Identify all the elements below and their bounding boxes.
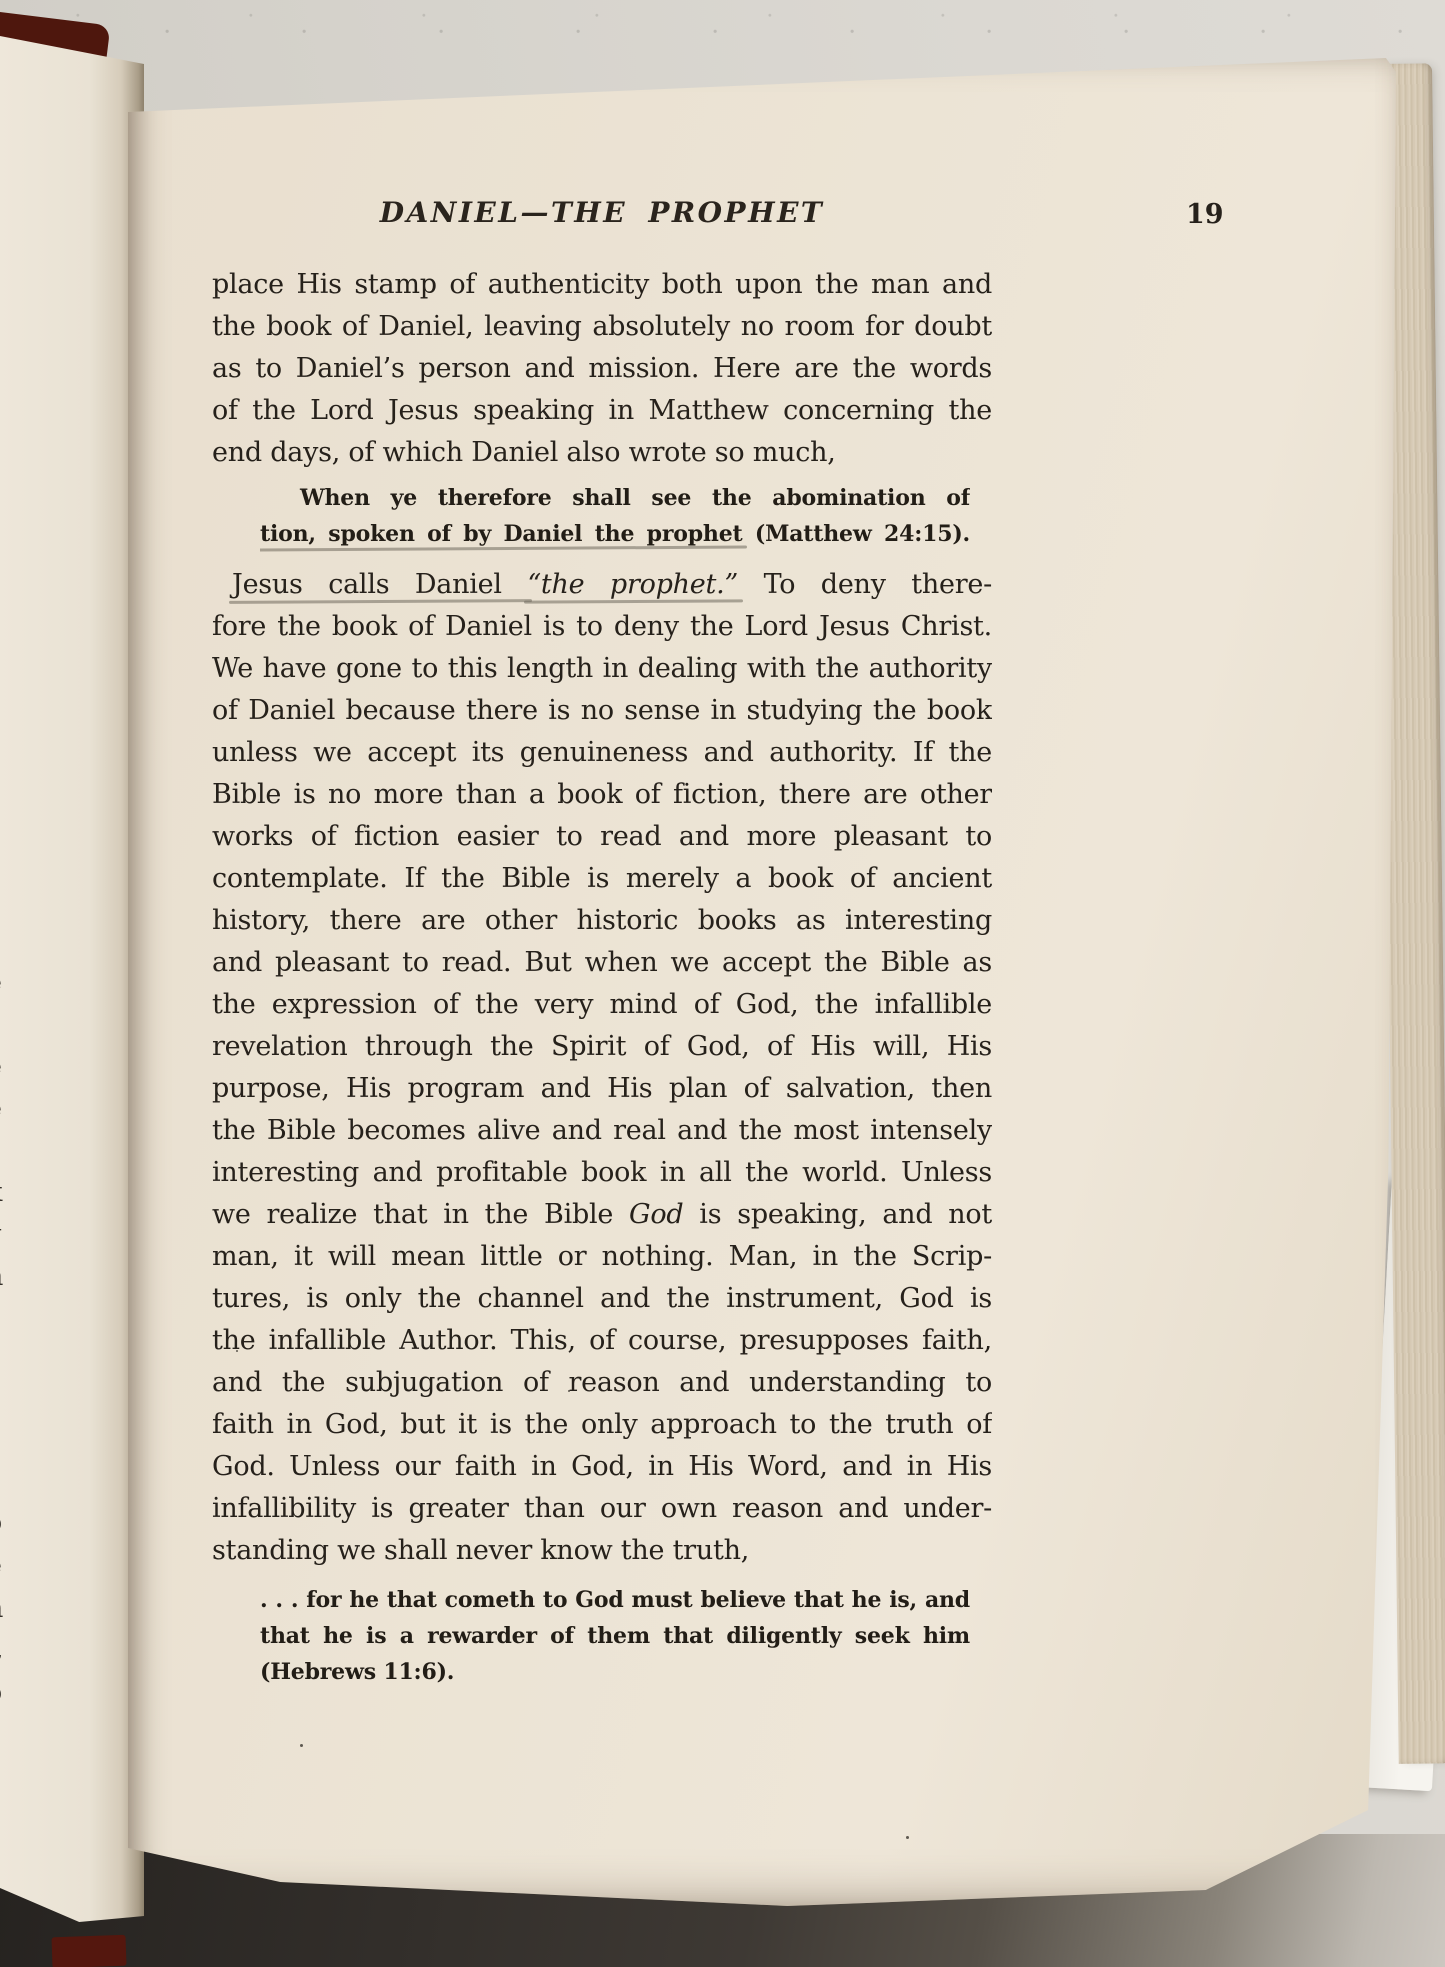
book-cover-corner-bottom [51, 1935, 126, 1967]
text-line: We have gone to this length in dealing w… [212, 648, 992, 690]
text-line: works of fiction easier to read and more… [212, 816, 992, 858]
text-line: Bible is no more than a book of fiction,… [212, 774, 992, 816]
text-line: infallibility is greater than our own re… [212, 1488, 992, 1530]
cut-off-letter: - [0, 925, 26, 965]
text-line: that he is a rewarder of them that dilig… [260, 1618, 970, 1654]
text-line: and the subjugation of reason and unders… [212, 1362, 992, 1404]
dust-speck [236, 1350, 238, 1352]
facing-page-sliver: -eseeskyntoehf,o [0, 34, 144, 1922]
text-line: the expression of the very mind of God, … [212, 984, 992, 1026]
cut-off-letter: k [0, 1177, 26, 1217]
text-line: place His stamp of authenticity both upo… [212, 264, 992, 306]
cut-off-letter: h [0, 1593, 26, 1633]
cut-off-letter: e [0, 1093, 26, 1133]
text-line: contemplate. If the Bible is merely a bo… [212, 858, 992, 900]
book-photo: -eseeskyntoehf,o 19 DANIEL—THE PROPHET p… [0, 0, 1445, 1967]
text-line: interesting and profitable book in all t… [212, 1152, 992, 1194]
text-line: tion, spoken of by Daniel the prophet (M… [260, 516, 970, 552]
text-line: the book of Daniel, leaving absolutely n… [212, 306, 992, 348]
cut-off-letter: e [0, 1550, 26, 1590]
dust-speck [300, 1744, 303, 1747]
cut-off-letter: e [0, 967, 26, 1007]
cut-off-letter: s [0, 1009, 26, 1049]
text-line: fore the book of Daniel is to deny the L… [212, 606, 992, 648]
cut-off-letter: o [0, 1507, 26, 1547]
book-page: 19 DANIEL—THE PROPHET place His stamp of… [128, 58, 1396, 1906]
text-line: revelation through the Spirit of God, of… [212, 1026, 992, 1068]
text-line: unless we accept its genuineness and aut… [212, 732, 992, 774]
cut-off-letter: y [0, 1219, 26, 1259]
blockquote-hebrews: . . . for he that cometh to God must bel… [260, 1582, 970, 1690]
text-line: of Daniel because there is no sense in s… [212, 690, 992, 732]
text-line: Jesus calls Daniel “the prophet.” To den… [212, 564, 992, 606]
text-line: the infallible Author. This, of course, … [212, 1320, 992, 1362]
running-head: DANIEL—THE PROPHET [212, 192, 992, 234]
paragraph-1: place His stamp of authenticity both upo… [212, 264, 992, 474]
text-line: the Bible becomes alive and real and the… [212, 1110, 992, 1152]
text-line: faith in God, but it is the only approac… [212, 1404, 992, 1446]
text-line: end days, of which Daniel also wrote so … [212, 432, 992, 474]
text-line: tures, is only the channel and the instr… [212, 1278, 992, 1320]
text-line: man, it will mean little or nothing. Man… [212, 1236, 992, 1278]
dust-speck [568, 1390, 570, 1392]
page-content: DANIEL—THE PROPHET place His stamp of au… [212, 58, 992, 1690]
text-line: history, there are other historic books … [212, 900, 992, 942]
text-line: we realize that in the Bible God is spea… [212, 1194, 992, 1236]
text-line: purpose, His program and His plan of sal… [212, 1068, 992, 1110]
text-line: standing we shall never know the truth, [212, 1530, 992, 1572]
text-line: as to Daniel’s person and mission. Here … [212, 348, 992, 390]
text-line: and pleasant to read. But when we accept… [212, 942, 992, 984]
cut-off-letter: f, [0, 1634, 26, 1674]
paragraph-2: Jesus calls Daniel “the prophet.” To den… [212, 564, 992, 1572]
cut-off-letter: t [0, 1303, 26, 1343]
cut-off-letter: e [0, 1051, 26, 1091]
page-number: 19 [1186, 194, 1256, 236]
cut-off-letter: o [0, 1677, 26, 1717]
dust-speck [906, 1836, 909, 1839]
text-line: . . . for he that cometh to God must bel… [260, 1582, 970, 1618]
text-line: God. Unless our faith in God, in His Wor… [212, 1446, 992, 1488]
text-line: When ye therefore shall see the abominat… [260, 480, 970, 516]
blockquote-matthew: When ye therefore shall see the abominat… [260, 480, 970, 552]
cut-off-letter: n [0, 1261, 26, 1301]
text-line: of the Lord Jesus speaking in Matthew co… [212, 390, 992, 432]
cut-off-letter: s [0, 1135, 26, 1175]
text-line: (Hebrews 11:6). [260, 1654, 970, 1690]
